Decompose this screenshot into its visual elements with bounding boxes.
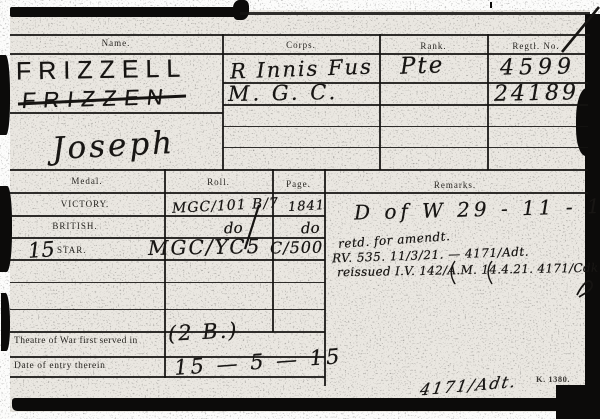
forename-handwritten: Joseph (51, 125, 176, 167)
bottom-border-bar (12, 398, 564, 411)
divider-medal-roll (164, 169, 166, 378)
rule-victory-row (10, 215, 325, 217)
theatre-of-war-entry: (2 B.) (167, 318, 239, 346)
victory-page-entry: 1841 (288, 198, 326, 215)
rule-date-bottom (10, 376, 325, 378)
regtl-no-column-label: Regtl. No. (488, 41, 584, 51)
british-medal-label: BRITISH. (10, 221, 140, 231)
rule-tables-divider (10, 169, 588, 171)
surname-struck-handwritten: FRIZZEN (21, 84, 173, 114)
british-page-ditto: do (301, 219, 320, 238)
star-medal-label: STAR. (57, 245, 87, 255)
medal-column-label: Medal. (10, 176, 164, 186)
theatre-of-war-label: Theatre of War first served in (14, 336, 138, 346)
corps-entry-2: M. G. C. (228, 80, 339, 106)
rule-row4 (223, 147, 588, 148)
star-roll-entry: MGC/YC5 (148, 234, 262, 260)
rule-row3 (223, 126, 588, 127)
surname-handwritten: FRIZZELL (16, 55, 188, 87)
top-border-thin (240, 12, 590, 15)
remarks-column-label: Remarks. (325, 180, 585, 190)
rule-medal-header-underline (10, 192, 588, 194)
rule-empty-row-2 (10, 309, 325, 310)
rank-entry: Pte (400, 52, 445, 80)
stray-mark-top (490, 2, 492, 8)
roll-column-label: Roll. (165, 177, 272, 187)
star-year-handwritten: 15 (27, 237, 55, 263)
divider-corps-rank (379, 34, 381, 170)
divider-name-corps (222, 34, 224, 170)
regtl-no-entry-1: 4599 (500, 54, 576, 80)
left-edge-blot-1 (0, 55, 10, 135)
name-column-label: Name. (10, 38, 222, 48)
rank-column-label: Rank. (380, 41, 487, 51)
page-column-label: Page. (273, 179, 324, 189)
victory-medal-label: VICTORY. (10, 199, 160, 209)
bottom-right-corner-blot (556, 385, 600, 419)
date-of-entry-label: Date of entry therein (14, 361, 105, 371)
left-edge-blot-3 (1, 293, 10, 351)
rule-empty-row-1 (10, 282, 325, 283)
corps-column-label: Corps. (223, 40, 379, 50)
rule-header-top (10, 34, 590, 36)
top-border-thick (10, 7, 242, 17)
star-page-entry: C/500 (270, 238, 323, 258)
medal-index-card-scan: Name. Corps. Rank. Regtl. No. Medal. Rol… (0, 0, 600, 419)
right-edge-blot (576, 88, 600, 156)
form-reference-number: K. 1380. (536, 374, 570, 384)
divider-rank-regtl (487, 34, 489, 170)
top-border-blot (233, 0, 249, 20)
corps-entry-1: R Innis Fus (230, 55, 374, 84)
regtl-no-entry-2: 24189 (494, 80, 579, 106)
